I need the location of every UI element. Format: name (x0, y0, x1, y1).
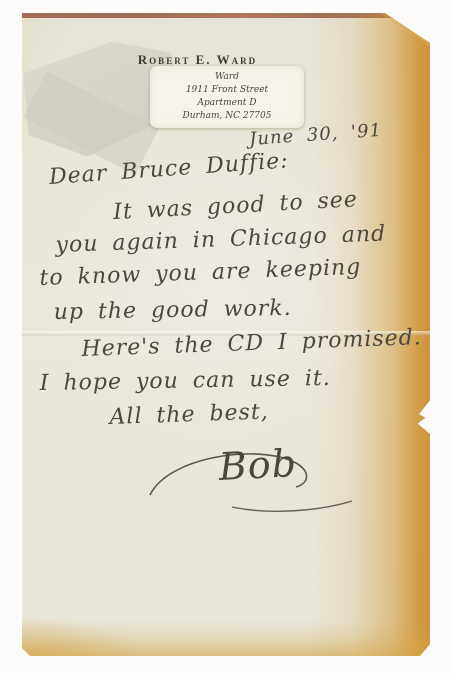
signature: Bob (218, 441, 298, 489)
address-label-line-apartment: Apartment D (198, 97, 257, 110)
scanned-letter: Robert E. Ward Ward 1911 Front Street Ap… (0, 0, 451, 673)
body-line: up the good work. (54, 296, 292, 325)
address-label-line-city: Durham, NC 27705 (183, 110, 272, 123)
address-label-line-name: Ward (215, 71, 239, 84)
aged-bottom-left-corner (22, 616, 142, 656)
address-label: Ward 1911 Front Street Apartment D Durha… (150, 66, 304, 128)
body-line: I hope you can use it. (40, 366, 331, 396)
letter-page: Robert E. Ward Ward 1911 Front Street Ap… (22, 13, 430, 656)
closing-line: All the best, (109, 399, 269, 430)
address-label-line-street: 1911 Front Street (186, 84, 268, 97)
